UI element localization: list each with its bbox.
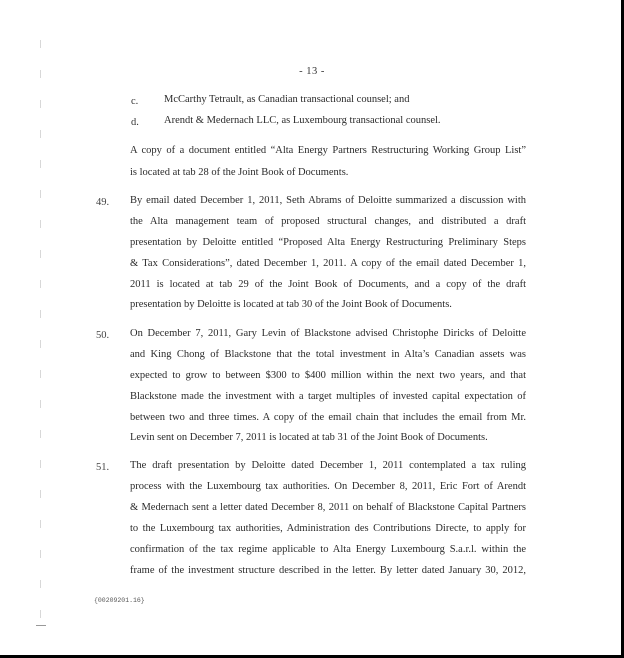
body-line: presentation by Deloitte entitled “Propo… [130,237,526,248]
body-line: presentation by Deloitte is located at t… [130,299,452,310]
body-line: expected to grow to between $300 to $400… [130,370,526,381]
document-page: - 13 - c. McCarthy Tetrault, as Canadian… [0,0,624,658]
page-number: - 13 - [0,66,624,77]
body-line: Levin sent on December 7, 2011 is locate… [130,432,488,443]
body-line: Blackstone made the investment with a ta… [130,391,526,402]
body-line: to the Luxembourg tax authorities, Admin… [130,523,526,534]
body-line: The draft presentation by Deloitte dated… [130,460,526,471]
scan-margin-artifact [36,625,46,626]
scan-margin-artifact [40,40,41,640]
body-line: & Tax Considerations”, dated December 1,… [130,258,526,269]
body-line: between two and three times. A copy of t… [130,412,526,423]
body-line: frame of the investment structure descri… [130,565,526,576]
paragraph-number: 50. [96,330,109,341]
body-line: the Alta management team of proposed str… [130,216,526,227]
body-line: and King Chong of Blackstone that the to… [130,349,526,360]
paragraph-number: 49. [96,197,109,208]
body-line: process with the Luxembourg tax authorit… [130,481,526,492]
document-reference-number: {00209201.16} [94,597,145,604]
body-line: 2011 is located at tab 29 of the Joint B… [130,279,526,290]
body-line: By email dated December 1, 2011, Seth Ab… [130,195,526,206]
list-item-letter: d. [131,117,139,128]
paragraph-number: 51. [96,462,109,473]
list-item-text: McCarthy Tetrault, as Canadian transacti… [164,94,409,105]
body-line: confirmation of the tax regime applicabl… [130,544,526,555]
body-line: & Medernach sent a letter dated December… [130,502,526,513]
body-line: is located at tab 28 of the Joint Book o… [130,167,348,178]
list-item-text: Arendt & Medernach LLC, as Luxembourg tr… [164,115,441,126]
list-item-letter: c. [131,96,138,107]
body-line: On December 7, 2011, Gary Levin of Black… [130,328,526,339]
body-line: A copy of a document entitled “Alta Ener… [130,145,526,156]
